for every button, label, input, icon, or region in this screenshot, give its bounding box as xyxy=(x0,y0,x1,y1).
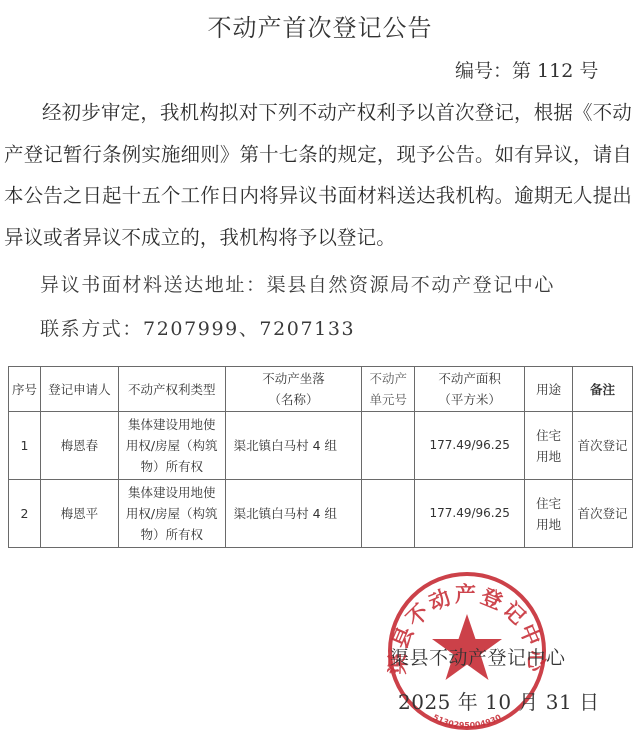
cell-applicant: 梅恩春 xyxy=(40,412,118,480)
header-location: 不动产坐落（名称） xyxy=(225,367,362,412)
cell-remark: 首次登记 xyxy=(573,480,633,548)
cell-usage: 住宅用地 xyxy=(525,480,573,548)
header-applicant: 登记申请人 xyxy=(40,367,118,412)
cell-unit-no xyxy=(362,480,415,548)
announcement-title: 不动产首次登记公告 xyxy=(0,8,640,43)
header-area: 不动产面积（平方米） xyxy=(415,367,525,412)
document-number: 编号：第 112 号 xyxy=(455,56,598,83)
seal-code-text: 5130295004930 xyxy=(431,713,503,731)
cell-area: 177.49/96.25 xyxy=(415,412,525,480)
registration-table: 序号 登记申请人 不动产权利类型 不动产坐落（名称） 不动产单元号 不动产面积（… xyxy=(8,366,633,548)
cell-seq: 2 xyxy=(9,480,41,548)
table-row: 2 梅恩平 集体建设用地使用权/房屋（构筑物）所有权 渠北镇白马村 4 组 17… xyxy=(9,480,633,548)
header-usage: 用途 xyxy=(525,367,573,412)
cell-area: 177.49/96.25 xyxy=(415,480,525,548)
cell-applicant: 梅恩平 xyxy=(40,480,118,548)
cell-usage: 住宅用地 xyxy=(525,412,573,480)
svg-text:5130295004930: 5130295004930 xyxy=(431,713,503,731)
cell-remark: 首次登记 xyxy=(573,412,633,480)
cell-right-type: 集体建设用地使用权/房屋（构筑物）所有权 xyxy=(118,480,225,548)
table-header-row: 序号 登记申请人 不动产权利类型 不动产坐落（名称） 不动产单元号 不动产面积（… xyxy=(9,367,633,412)
issue-date: 2025 年 10 月 31 日 xyxy=(398,686,600,715)
table-row: 1 梅恩春 集体建设用地使用权/房屋（构筑物）所有权 渠北镇白马村 4 组 17… xyxy=(9,412,633,480)
header-unit-no: 不动产单元号 xyxy=(362,367,415,412)
cell-location: 渠北镇白马村 4 组 xyxy=(225,480,362,548)
objection-address: 异议书面材料送达地址：渠县自然资源局不动产登记中心 xyxy=(40,270,555,297)
header-remark: 备注 xyxy=(573,367,633,412)
cell-seq: 1 xyxy=(9,412,41,480)
announcement-paragraph: 经初步审定，我机构拟对下列不动产权利予以首次登记，根据《不动产登记暂行条例实施细… xyxy=(4,92,632,258)
cell-right-type: 集体建设用地使用权/房屋（构筑物）所有权 xyxy=(118,412,225,480)
header-right-type: 不动产权利类型 xyxy=(118,367,225,412)
cell-location: 渠北镇白马村 4 组 xyxy=(225,412,362,480)
cell-unit-no xyxy=(362,412,415,480)
header-seq: 序号 xyxy=(9,367,41,412)
contact-info: 联系方式：7207999、7207133 xyxy=(40,314,355,341)
issuer-name: 渠县不动产登记中心 xyxy=(390,643,566,670)
